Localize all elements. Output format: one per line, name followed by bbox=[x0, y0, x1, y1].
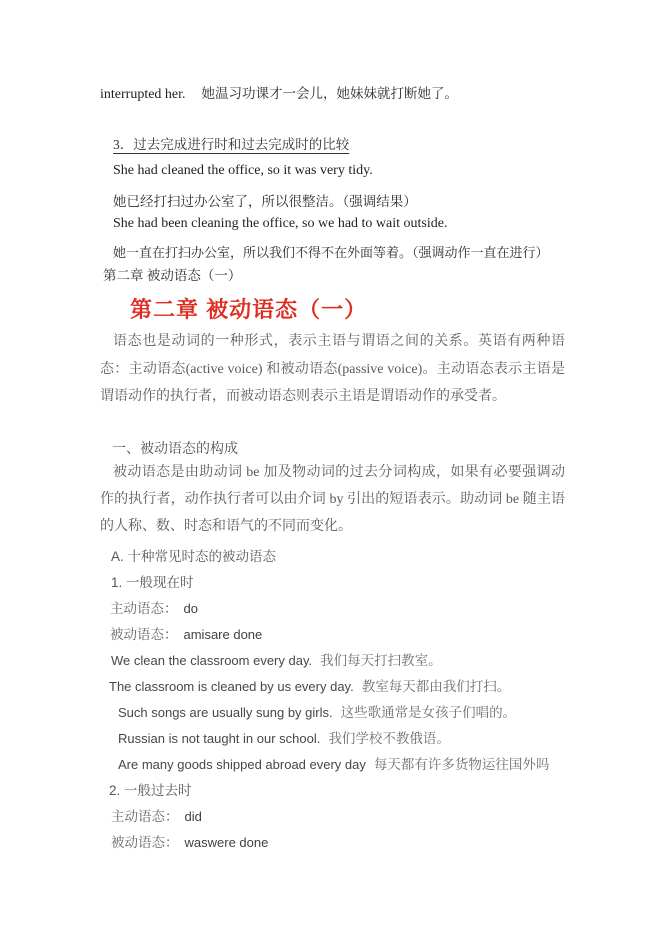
active-voice-form: 主动语态：do bbox=[110, 597, 198, 618]
passive-voice-value: waswere done bbox=[185, 835, 269, 850]
subsection-a-heading: A. 十种常见时态的被动语态 bbox=[111, 545, 276, 565]
example-sentence-chinese: 她一直在打扫办公室，所以我们不得不在外面等着。（强调动作一直在进行） bbox=[113, 242, 549, 261]
active-voice-form: 主动语态：did bbox=[111, 805, 202, 826]
example-sentence-english: She had been cleaning the office, so we … bbox=[113, 216, 447, 232]
active-voice-value: did bbox=[185, 809, 202, 824]
passive-voice-form: 被动语态：waswere done bbox=[111, 831, 268, 852]
example-sentence-english: She had cleaned the office, so it was ve… bbox=[113, 163, 373, 179]
example-sentence: We clean the classroom every day.我们每天打扫教… bbox=[111, 649, 442, 670]
active-voice-label: 主动语态： bbox=[111, 809, 179, 824]
passive-voice-value: amisare done bbox=[184, 627, 263, 642]
carryover-line: interrupted her.她温习功课才一会儿，她妹妹就打断她了。 bbox=[100, 82, 458, 103]
example-sentence: The classroom is cleaned by us every day… bbox=[109, 675, 510, 696]
carryover-chinese: 她温习功课才一会儿，她妹妹就打断她了。 bbox=[202, 86, 459, 101]
example-sentence: Are many goods shipped abroad every day每… bbox=[118, 753, 549, 774]
example-english: Are many goods shipped abroad every day bbox=[118, 757, 366, 772]
example-chinese: 教室每天都由我们打扫。 bbox=[362, 679, 511, 694]
tense-2-heading: 2. 一般过去时 bbox=[109, 779, 192, 799]
example-chinese: 这些歌通常是女孩子们唱的。 bbox=[341, 705, 517, 720]
document-page: interrupted her.她温习功课才一会儿，她妹妹就打断她了。 3．过去… bbox=[0, 0, 660, 933]
chapter-marker-line: 第二章 被动语态（一） bbox=[103, 264, 241, 284]
chapter-title: 第二章 被动语态（一） bbox=[130, 293, 367, 324]
intro-paragraph: 语态也是动词的一种形式，表示主语与谓语之间的关系。英语有两种语态：主动语态(ac… bbox=[100, 328, 565, 411]
comparison-heading: 3．过去完成进行时和过去完成时的比较 bbox=[113, 133, 349, 153]
carryover-english: interrupted her. bbox=[100, 87, 186, 102]
passive-voice-label: 被动语态： bbox=[110, 627, 178, 642]
example-chinese: 每天都有许多货物运往国外吗 bbox=[374, 757, 550, 772]
example-chinese: 我们学校不教俄语。 bbox=[328, 731, 450, 746]
passive-voice-label: 被动语态： bbox=[111, 835, 179, 850]
example-sentence-chinese: 她已经打扫过办公室了，所以很整洁。（强调结果） bbox=[113, 190, 417, 210]
section-1-paragraph: 被动语态是由助动词 be 加及物动词的过去分词构成，如果有必要强调动作的执行者，… bbox=[100, 459, 565, 540]
example-sentence: Such songs are usually sung by girls.这些歌… bbox=[118, 701, 516, 722]
example-english: Such songs are usually sung by girls. bbox=[118, 705, 333, 720]
tense-1-heading: 1. 一般现在时 bbox=[111, 571, 194, 591]
example-english: We clean the classroom every day. bbox=[111, 653, 312, 668]
example-sentence: Russian is not taught in our school.我们学校… bbox=[118, 727, 450, 748]
example-english: The classroom is cleaned by us every day… bbox=[109, 679, 354, 694]
active-voice-value: do bbox=[184, 601, 198, 616]
example-english: Russian is not taught in our school. bbox=[118, 731, 320, 746]
example-chinese: 我们每天打扫教室。 bbox=[320, 653, 442, 668]
section-1-heading: 一、被动语态的构成 bbox=[112, 438, 238, 458]
passive-voice-form: 被动语态：amisare done bbox=[110, 623, 262, 644]
active-voice-label: 主动语态： bbox=[110, 601, 178, 616]
